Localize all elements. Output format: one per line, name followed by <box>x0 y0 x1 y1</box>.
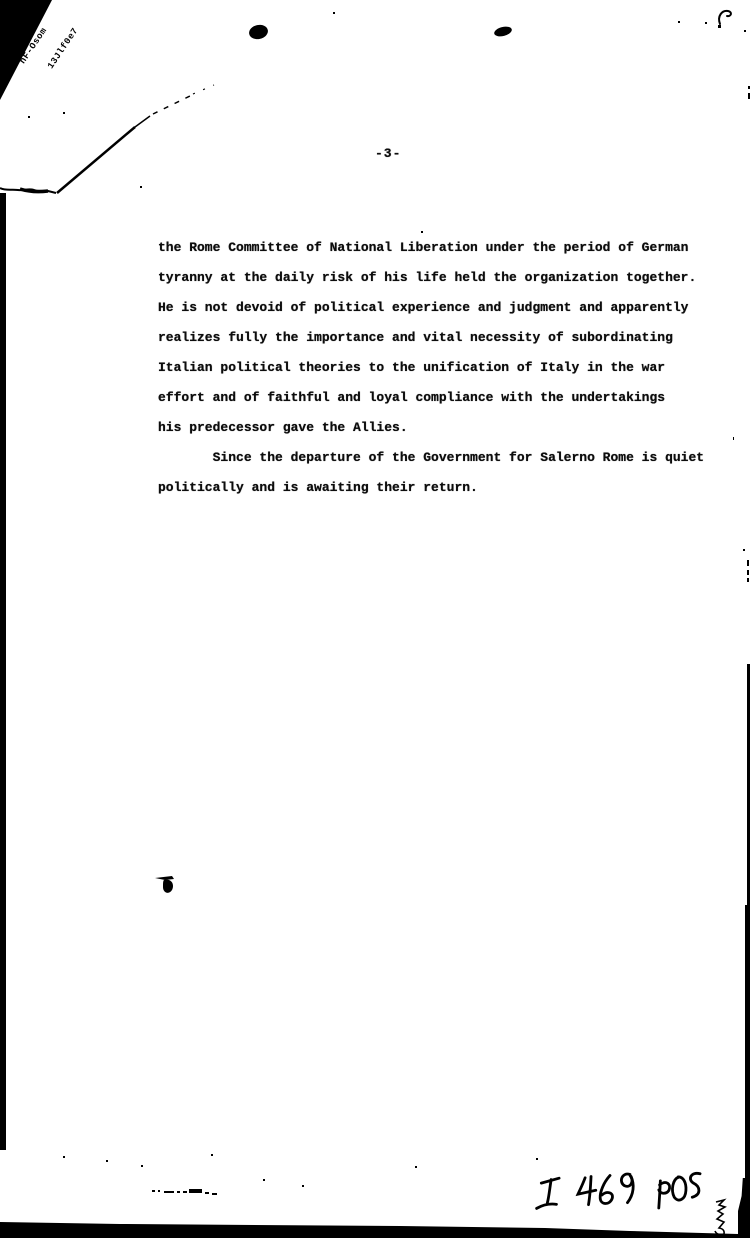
page-number: -3- <box>375 146 401 161</box>
scanned-document-page: nF-Osom 13Jlf0e7 -3- the Rome Committee … <box>0 0 750 1238</box>
typewritten-line: He is not devoid of political experience… <box>158 293 704 323</box>
ink-blot-mark <box>150 870 185 900</box>
scan-speck <box>263 1179 265 1181</box>
scan-speck <box>747 578 749 582</box>
typewritten-line: his predecessor gave the Allies. <box>158 413 704 443</box>
scan-speck <box>536 1158 538 1160</box>
hole-punch-mark-left <box>248 23 269 41</box>
handwritten-annotation: I 469 p05 <box>528 1163 713 1225</box>
scan-speck <box>333 12 335 14</box>
typewritten-line: the Rome Committee of National Liberatio… <box>158 233 704 263</box>
scan-speck <box>140 186 142 188</box>
scan-speck <box>63 1156 65 1158</box>
fold-crease-lines <box>0 75 240 205</box>
typewritten-line: Since the departure of the Government fo… <box>158 443 704 473</box>
typewritten-line: effort and of faithful and loyal complia… <box>158 383 704 413</box>
scan-edge-left <box>0 193 6 1150</box>
scan-speck <box>744 30 746 32</box>
scan-speck <box>678 21 680 23</box>
scan-speck <box>743 549 745 551</box>
scan-speck <box>415 1166 417 1168</box>
pen-squiggle-mark <box>710 4 740 34</box>
typewritten-line: realizes fully the importance and vital … <box>158 323 704 353</box>
scan-speck <box>141 1165 143 1167</box>
scan-speck <box>747 570 749 575</box>
scan-speck <box>211 1154 213 1156</box>
scan-speck <box>733 437 734 440</box>
scan-speck <box>705 22 707 24</box>
typewritten-line: politically and is awaiting their return… <box>158 473 704 503</box>
typewritten-line: Italian political theories to the unific… <box>158 353 704 383</box>
stamp-text-line2: 13Jlf0e7 <box>46 26 81 71</box>
scan-speck <box>63 112 65 114</box>
scan-speck <box>421 231 423 233</box>
scan-speck <box>747 560 749 566</box>
hole-punch-mark-right <box>493 25 513 38</box>
typewritten-line: tyranny at the daily risk of his life he… <box>158 263 704 293</box>
scan-speck <box>28 116 30 118</box>
document-body: the Rome Committee of National Liberatio… <box>158 233 704 503</box>
scan-speck <box>106 1160 108 1162</box>
ink-scribble-mark <box>710 1198 732 1236</box>
scan-speck <box>302 1185 304 1187</box>
